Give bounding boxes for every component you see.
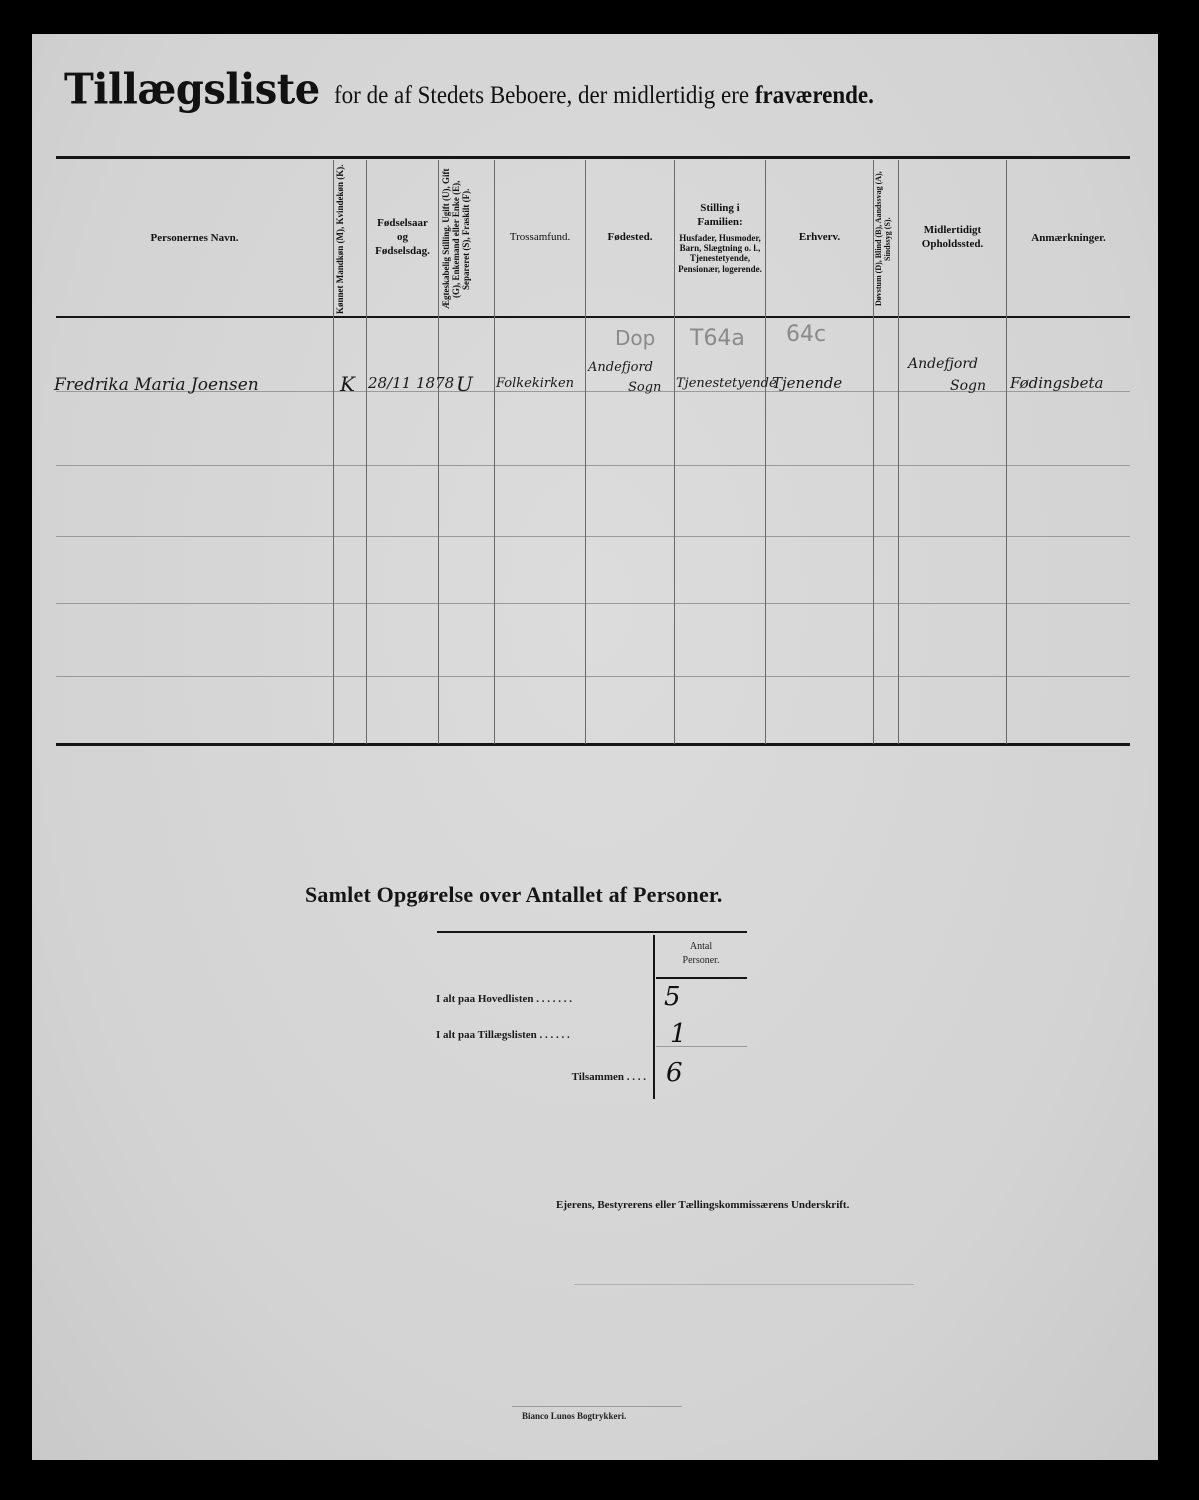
summary-column-header-line1: Antal (656, 940, 746, 954)
entry-family-position: Tjenestetyende (676, 376, 777, 391)
form-title-emphasis: fraværende. (755, 82, 874, 109)
column-header-marital: Ægteskabelig Stilling. Ugift (U), Gift (… (439, 162, 494, 316)
column-header-label: Fødselsaar og Fødselsdag. (371, 217, 435, 258)
summary-column-header-line2: Personer. (656, 954, 746, 968)
summary-header-rule (656, 977, 747, 979)
column-header-label: Stilling i Familien: (685, 202, 755, 230)
column-header-label: Fødested. (608, 231, 653, 245)
summary-label-main-list: I alt paa Hovedlisten . . . . . . . (436, 993, 646, 1005)
column-header-label: Personernes Navn. (151, 232, 239, 244)
column-header-label: Døvstum (D), Blind (B), Aandssvag (A), S… (875, 164, 897, 314)
column-header-birth: Fødselsaar og Fødselsdag. (367, 160, 438, 316)
table-bottom-rule (56, 743, 1130, 746)
imprint-rule (512, 1406, 682, 1407)
column-header-remarks: Anmærkninger. (1007, 160, 1130, 316)
column-header-label: Trossamfund. (510, 231, 570, 245)
column-header-birthplace: Fødested. (586, 160, 674, 316)
pencil-mark-family-position: T64a (690, 326, 745, 351)
entry-occupation: Tjenende (772, 374, 842, 392)
column-header-temp-residence: Midlertidigt Opholdssted. (899, 160, 1006, 316)
summary-value-total: 6 (666, 1058, 683, 1088)
entry-birthplace-line2: Sogn (628, 380, 661, 395)
entry-temp-residence-line1: Andefjord (908, 356, 978, 372)
entry-birth: 28/11 1878 (368, 374, 454, 392)
entry-remarks: Fødingsbeta (1010, 374, 1103, 392)
column-header-disability: Døvstum (D), Blind (B), Aandssvag (A), S… (874, 162, 898, 316)
column-header-sex: Kønnet Mandkøn (M), Kvindekøn (K). (334, 162, 366, 316)
entry-temp-residence-line2: Sogn (950, 378, 986, 394)
column-header-family-position: Stilling i Familien: Husfader, Husmoder,… (675, 160, 765, 316)
column-header-label: Midlertidigt Opholdssted. (908, 224, 998, 252)
row-divider (56, 465, 1130, 466)
column-header-label: Anmærkninger. (1031, 232, 1105, 244)
form-title-subtitle: for de af Stedets Beboere, der midlertid… (334, 82, 874, 110)
row-divider (56, 676, 1130, 677)
entry-religion: Folkekirken (496, 376, 574, 391)
column-header-detail: Husfader, Husmoder, Barn, Slægtning o. l… (678, 233, 762, 274)
summary-label-supplement-list: I alt paa Tillægslisten . . . . . . (436, 1029, 646, 1041)
column-header-label: Erhverv. (799, 231, 840, 245)
form-title: Tillægsliste for de af Stedets Beboere, … (64, 66, 1124, 116)
summary-value-main-list: 5 (664, 982, 681, 1012)
entry-sex: K (340, 372, 355, 396)
pencil-mark-birthplace: Dop (615, 326, 655, 350)
summary-title: Samlet Opgørelse over Antallet af Person… (305, 882, 885, 908)
form-title-rest: for de af Stedets Beboere, der midlertid… (334, 82, 749, 109)
column-header-occupation: Erhverv. (766, 160, 873, 316)
printer-imprint: Bianco Lunos Bogtrykkeri. (522, 1411, 626, 1421)
column-header-name: Personernes Navn. (56, 160, 333, 316)
summary-label-total: Tilsammen . . . . (510, 1071, 646, 1083)
summary-top-rule (437, 931, 747, 933)
pencil-mark-occupation: 64c (786, 322, 826, 347)
table-top-rule (56, 156, 1130, 159)
entry-name: Fredrika Maria Joensen (54, 375, 259, 395)
summary-column-divider (653, 935, 655, 1099)
summary-value-supplement-list: 1 (670, 1019, 687, 1049)
signature-caption: Ejerens, Bestyrerens eller Tællingskommi… (556, 1199, 946, 1211)
summary-column-header: Antal Personer. (656, 940, 746, 968)
column-header-religion: Trossamfund. (495, 160, 585, 316)
row-divider (56, 603, 1130, 604)
entry-birthplace-line1: Andefjord (588, 360, 653, 375)
signature-line (574, 1284, 914, 1285)
column-header-label: Kønnet Mandkøn (M), Kvindekøn (K). (336, 164, 364, 314)
row-divider (56, 536, 1130, 537)
table-header-rule (56, 316, 1130, 318)
column-header-label: Ægteskabelig Stilling. Ugift (U), Gift (… (442, 164, 492, 314)
entry-marital: U (456, 372, 473, 396)
form-title-main: Tillægsliste (64, 65, 320, 114)
